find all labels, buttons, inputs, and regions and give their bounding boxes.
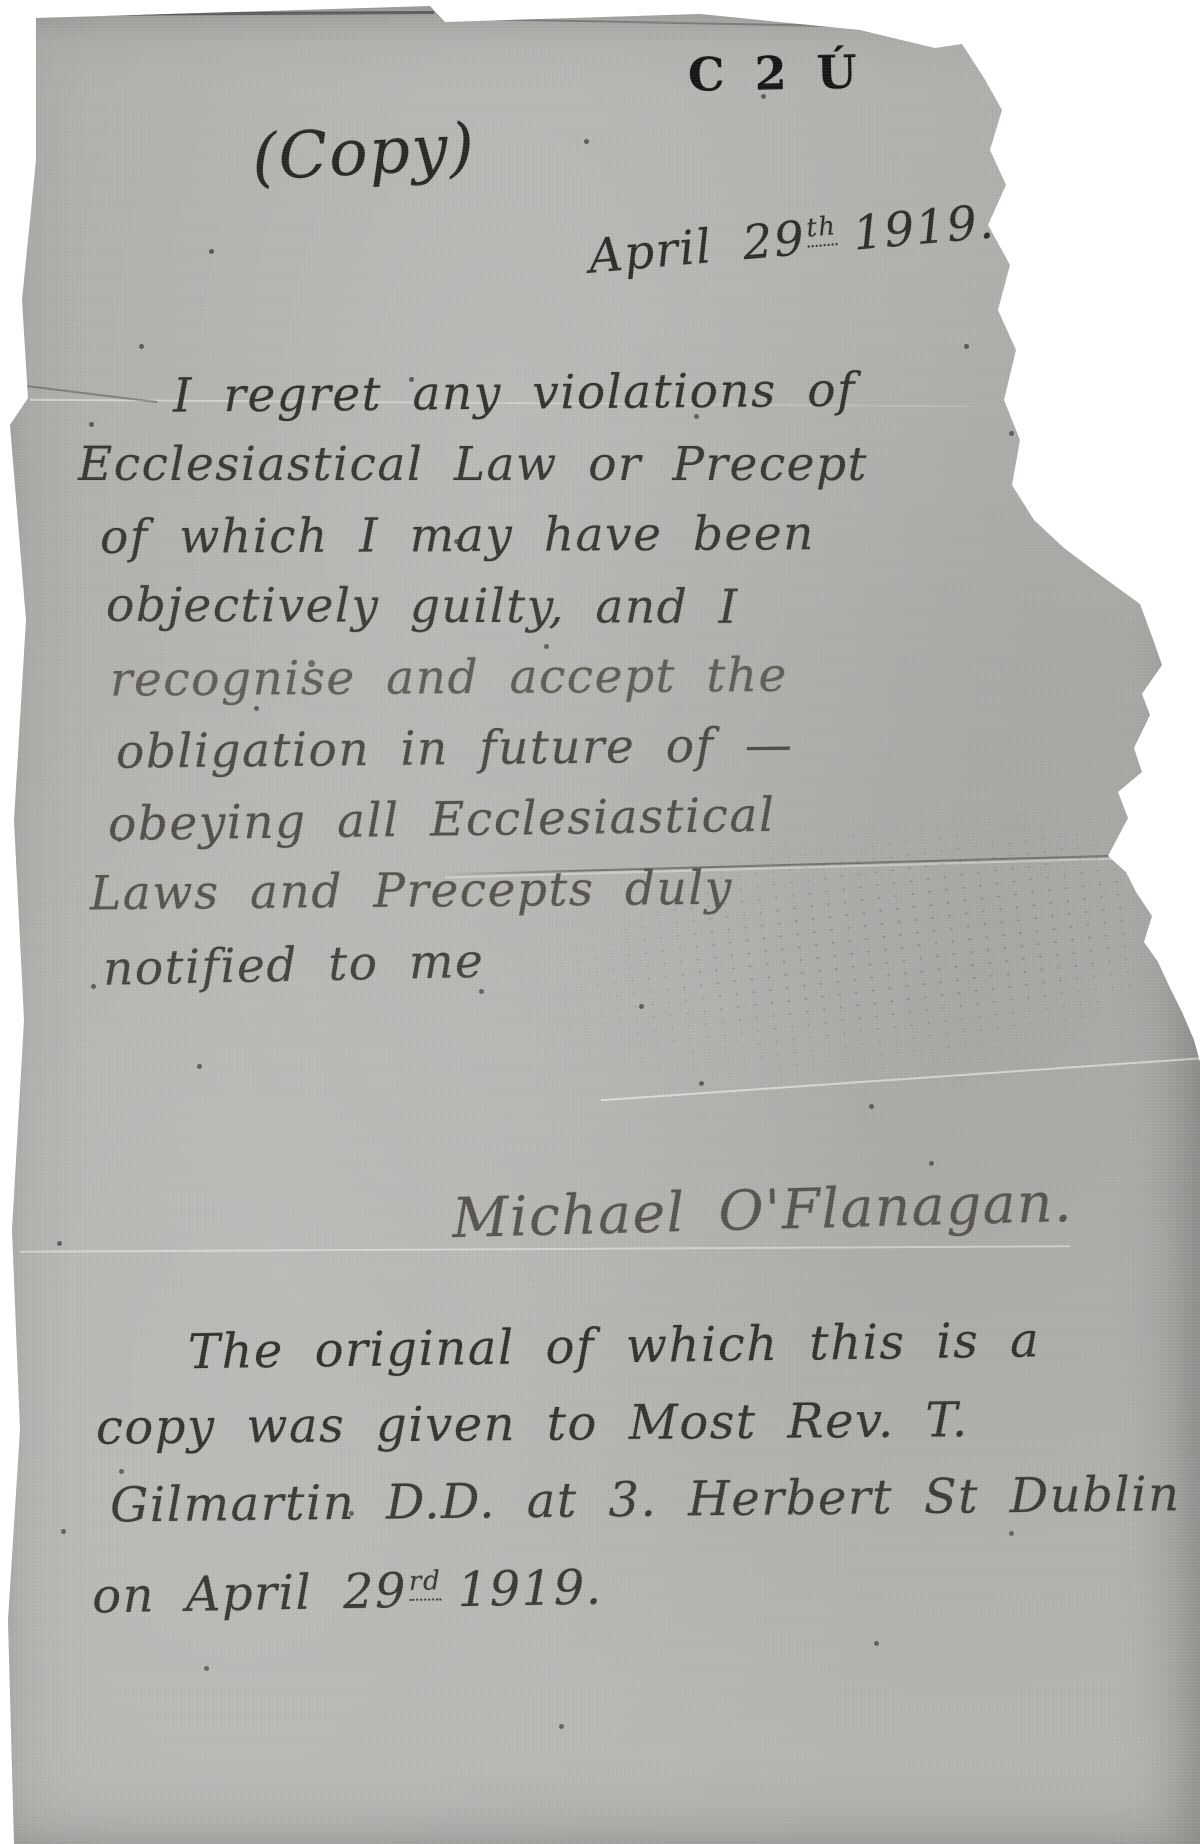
postscript-note: The original of which this is a copy was… xyxy=(88,1308,1180,1626)
body-line: notified to me xyxy=(77,918,868,1006)
body-line: I regret any violations of xyxy=(78,355,869,433)
date-year: 1919. xyxy=(851,194,997,261)
paper-foxing-spots xyxy=(0,0,3,3)
body-line: objectively guilty, and I xyxy=(78,570,868,644)
postscript-date-line: on April 29rd1919. xyxy=(87,1529,1181,1635)
postscript-line: copy was given to Most Rev. T. xyxy=(88,1380,1181,1467)
postscript-line: The original of which this is a xyxy=(88,1300,1181,1392)
body-line: recognise and accept the xyxy=(78,639,868,716)
copy-heading: (Copy) xyxy=(250,110,477,196)
letter-paper: C2Ú (Copy) April 29th1919. I regret any … xyxy=(0,0,1200,1844)
postscript-date-prefix: on April 29 xyxy=(92,1563,408,1624)
body-line: Laws and Precepts duly xyxy=(78,852,869,930)
postscript-date-ordinal: rd xyxy=(409,1565,442,1601)
paper-top-edge xyxy=(64,11,434,16)
archive-mark: C2Ú xyxy=(688,44,888,101)
body-line: Ecclesiastical Law or Precept xyxy=(78,429,868,500)
signature: Michael O'Flanagan. xyxy=(451,1170,1073,1250)
letter-body: I regret any violations of Ecclesiastica… xyxy=(78,358,868,997)
body-line: obeying all Ecclesiastical xyxy=(78,778,869,860)
paper-top-edge-2 xyxy=(445,17,915,28)
date-day: April 29 xyxy=(586,211,807,285)
scanned-letter: C2Ú (Copy) April 29th1919. I regret any … xyxy=(0,0,1200,1844)
postscript-date-year: 1919. xyxy=(457,1560,603,1619)
body-line: obligation in future of — xyxy=(78,709,869,788)
body-line: of which I may have been xyxy=(78,498,868,573)
date-line: April 29th1919. xyxy=(586,194,997,284)
date-ordinal: th xyxy=(805,211,838,247)
